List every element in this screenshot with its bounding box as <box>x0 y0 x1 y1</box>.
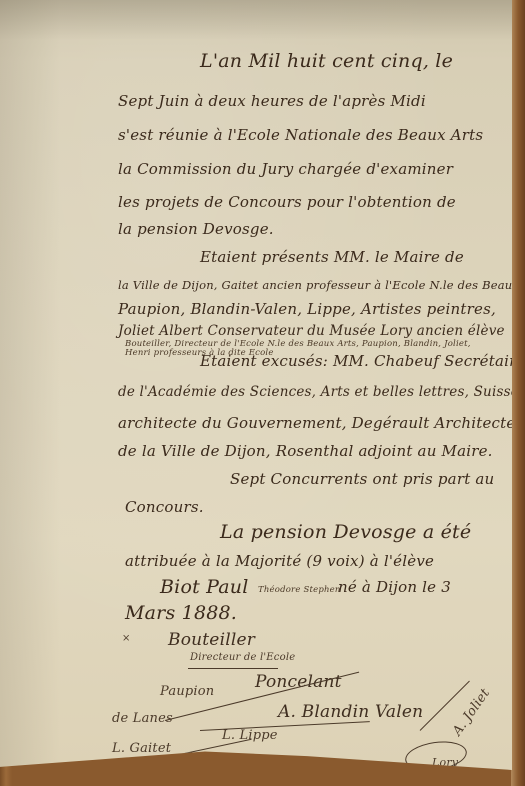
inline-note: Théodore Stephen <box>258 585 341 595</box>
signature-lory-flourish <box>403 738 468 774</box>
table-edge <box>511 0 525 786</box>
signature-blandin-valen: A. Blandin Valen <box>278 702 423 722</box>
handwritten-page: L'an Mil huit cent cinq, le Sept Juin à … <box>0 0 512 770</box>
signature-jobardon: Jobardon <box>270 757 331 772</box>
signature-de-hesse: C. de Hesse <box>139 757 220 779</box>
signature-title-directeur: Directeur de l'Ecole <box>190 652 295 663</box>
document-photo: L'an Mil huit cent cinq, le Sept Juin à … <box>0 0 525 786</box>
text-line-21: Mars 1888. <box>125 602 237 624</box>
text-line-17: La pension Devosge a été <box>220 521 471 543</box>
text-line-20: né à Dijon le 3 <box>338 578 451 596</box>
text-line-12: de l'Académie des Sciences, Arts et bell… <box>118 384 519 400</box>
signature-underline <box>188 668 278 669</box>
text-line-11: Etaient excusés: MM. Chabeuf Secrétaire <box>200 352 525 370</box>
text-line-5: les projets de Concours pour l'obtention… <box>118 193 456 211</box>
signature-de-lanes: de Lanes <box>112 711 173 726</box>
signature-paupion: Paupion <box>160 684 214 699</box>
text-line-6: la pension Devosge. <box>118 220 274 238</box>
text-line-1: L'an Mil huit cent cinq, le <box>200 50 453 72</box>
text-line-9: Paupion, Blandin-Valen, Lippe, Artistes … <box>118 300 496 318</box>
signature-flourish-3 <box>200 721 370 731</box>
signature-bouteiller: Bouteiller <box>168 630 255 650</box>
signature-poncelant: Poncelant <box>255 672 342 692</box>
text-line-4: la Commission du Jury chargée d'examiner <box>118 160 453 178</box>
signature-lippe: L. Lippe <box>222 728 278 743</box>
text-line-15: Sept Concurrents ont pris part au <box>230 470 494 488</box>
student-name: Biot Paul <box>160 576 249 598</box>
text-line-3: s'est réunie à l'Ecole Nationale des Bea… <box>118 126 483 144</box>
text-line-8: la Ville de Dijon, Gaitet ancien profess… <box>118 278 525 292</box>
text-line-16: Concours. <box>125 498 204 516</box>
text-line-13: architecte du Gouvernement, Degérault Ar… <box>118 414 515 432</box>
text-line-7: Etaient présents MM. le Maire de <box>200 248 464 266</box>
text-line-18: attribuée à la Majorité (9 voix) à l'élè… <box>125 552 434 570</box>
text-line-2: Sept Juin à deux heures de l'après Midi <box>118 92 426 110</box>
text-line-10: Joliet Albert Conservateur du Musée Lory… <box>118 323 505 339</box>
text-line-14: de la Ville de Dijon, Rosenthal adjoint … <box>118 442 493 460</box>
cross-mark: × <box>122 633 131 644</box>
signature-gaitet: L. Gaitet <box>112 741 171 756</box>
